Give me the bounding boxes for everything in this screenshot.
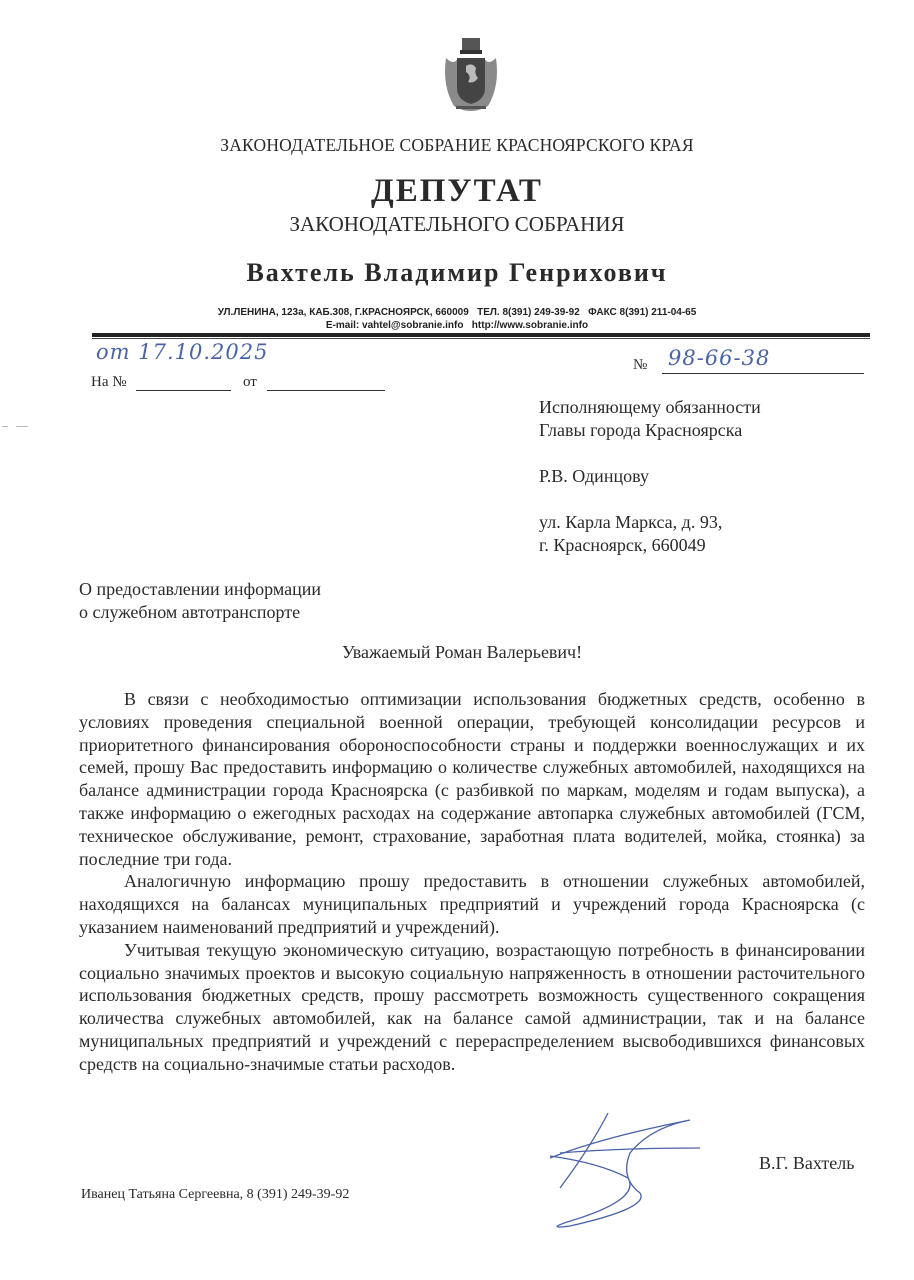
addressee-spacer	[539, 442, 761, 465]
assembly-title: ЗАКОНОДАТЕЛЬНОГО СОБРАНИЯ	[0, 212, 914, 237]
ref-label: На №	[91, 374, 127, 391]
addressee-address: ул. Карла Маркса, д. 93,	[539, 511, 761, 534]
letter-body: В связи с необходимостью оптимизации исп…	[79, 688, 865, 1076]
organization-name: ЗАКОНОДАТЕЛЬНОЕ СОБРАНИЕ КРАСНОЯРСКОГО К…	[0, 135, 914, 156]
subject-block: О предоставлении информации о служебном …	[79, 578, 321, 624]
body-paragraph: Аналогичную информацию прошу предоставит…	[79, 870, 865, 938]
reference-line: На № от	[91, 372, 391, 394]
handwritten-signature-icon	[540, 1108, 700, 1228]
addressee-name: Р.В. Одинцову	[539, 465, 761, 488]
contacts-address: УЛ.ЛЕНИНА, 123а, КАБ.308, Г.КРАСНОЯРСК, …	[0, 306, 914, 319]
body-paragraph: Учитывая текущую экономическую ситуацию,…	[79, 939, 865, 1076]
addressee-spacer	[539, 488, 761, 511]
ref-from-label: от	[243, 374, 257, 391]
addressee-line: Главы города Красноярска	[539, 419, 761, 442]
handwritten-outgoing-number: 98-66-38	[668, 346, 770, 370]
letterhead-divider	[92, 333, 870, 337]
ref-date-blank	[267, 389, 385, 391]
outgoing-number-line	[662, 372, 864, 374]
addressee-block: Исполняющему обязанности Главы города Кр…	[539, 396, 761, 557]
letterhead-divider-thin	[92, 338, 870, 339]
coat-of-arms-icon	[440, 36, 502, 116]
body-paragraph: В связи с необходимостью оптимизации исп…	[79, 688, 865, 870]
position-title: ДЕПУТАТ	[0, 173, 914, 210]
outgoing-number-label: №	[633, 357, 647, 374]
ref-number-blank	[136, 389, 231, 391]
contacts-email-web: E-mail: vahtel@sobranie.info http://www.…	[0, 319, 914, 332]
executor-info: Иванец Татьяна Сергеевна, 8 (391) 249-39…	[81, 1187, 349, 1203]
scan-margin-mark	[2, 425, 32, 429]
addressee-address: г. Красноярск, 660049	[539, 534, 761, 557]
handwritten-date: от 17.10.2025	[96, 340, 268, 364]
addressee-line: Исполняющему обязанности	[539, 396, 761, 419]
deputy-name: Вахтель Владимир Генрихович	[0, 258, 914, 288]
salutation: Уважаемый Роман Валерьевич!	[342, 642, 582, 663]
subject-line: о служебном автотранспорте	[79, 601, 321, 624]
signatory-name: В.Г. Вахтель	[759, 1153, 854, 1174]
contacts-block: УЛ.ЛЕНИНА, 123а, КАБ.308, Г.КРАСНОЯРСК, …	[0, 306, 914, 332]
subject-line: О предоставлении информации	[79, 578, 321, 601]
